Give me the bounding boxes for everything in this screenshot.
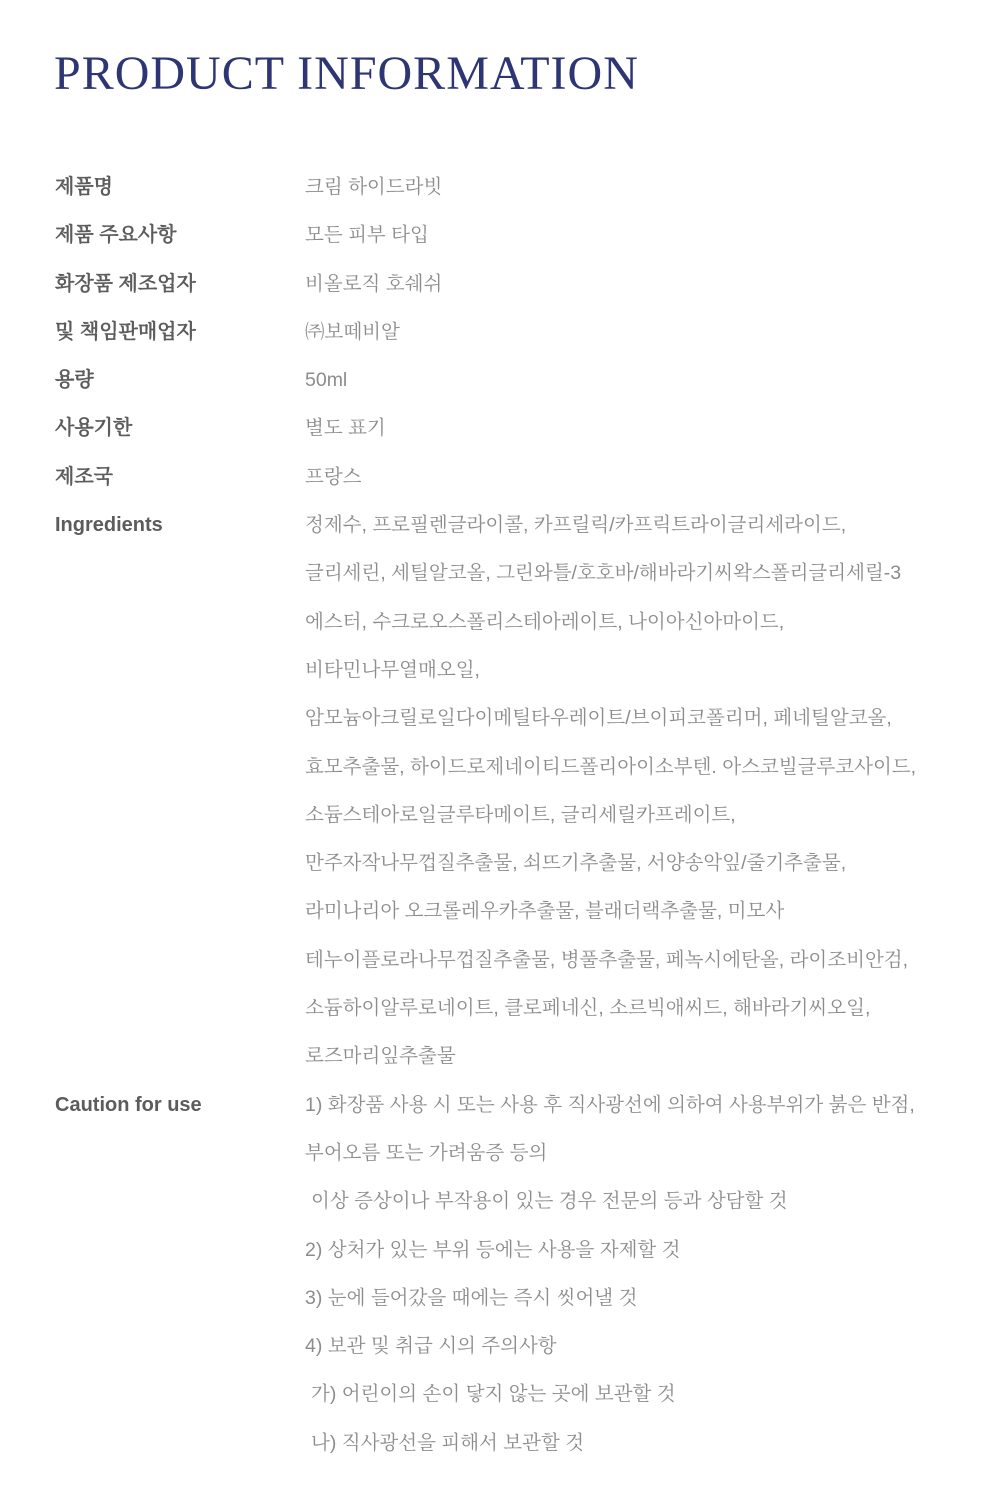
field-label: 제품 주요사항 <box>55 211 305 259</box>
caution-line: 나) 직사광선을 피해서 보관할 것 <box>305 1419 970 1467</box>
field-value: 크림 하이드라빗 <box>305 163 442 211</box>
field-label: 및 책임판매업자 <box>55 308 305 356</box>
field-label: 사용기한 <box>55 404 305 452</box>
caution-section: Caution for use 1) 화장품 사용 시 또는 사용 후 직사광선… <box>55 1081 970 1467</box>
ingredients-line: 소듐하이알루로네이트, 클로페네신, 소르빅애씨드, 해바라기씨오일, <box>305 984 970 1032</box>
info-row-volume: 용량 50ml <box>55 356 970 404</box>
field-label: 용량 <box>55 356 305 404</box>
field-value: 별도 표기 <box>305 404 386 452</box>
ingredients-label: Ingredients <box>55 501 305 549</box>
info-row-product-type: 제품 주요사항 모든 피부 타입 <box>55 211 970 259</box>
page-title: PRODUCT INFORMATION <box>54 48 639 100</box>
caution-line: 3) 눈에 들어갔을 때에는 즉시 씻어낼 것 <box>305 1274 970 1322</box>
caution-line: 4) 보관 및 취급 시의 주의사항 <box>305 1322 970 1370</box>
field-label: 제조국 <box>55 453 305 501</box>
ingredients-line: 효모추출물, 하이드로제네이티드폴리아이소부텐. 아스코빌글루코사이드, <box>305 743 970 791</box>
caution-line: 이상 증상이나 부작용이 있는 경우 전문의 등과 상담할 것 <box>305 1177 970 1225</box>
info-row-product-name: 제품명 크림 하이드라빗 <box>55 163 970 211</box>
info-table: 제품명 크림 하이드라빗 제품 주요사항 모든 피부 타입 화장품 제조업자 비… <box>55 163 970 1467</box>
caution-line: 2) 상처가 있는 부위 등에는 사용을 자제할 것 <box>305 1226 970 1274</box>
info-row-expiry: 사용기한 별도 표기 <box>55 404 970 452</box>
field-value: 50ml <box>305 356 347 404</box>
ingredients-line: 로즈마리잎추출물 <box>305 1032 970 1080</box>
ingredients-line: 라미나리아 오크롤레우카추출물, 블래더랙추출물, 미모사 <box>305 887 970 935</box>
info-row-manufacturer: 화장품 제조업자 비올로직 호쉐쉬 <box>55 260 970 308</box>
field-label: 제품명 <box>55 163 305 211</box>
caution-label: Caution for use <box>55 1081 305 1129</box>
field-value: 프랑스 <box>305 453 362 501</box>
caution-text: 1) 화장품 사용 시 또는 사용 후 직사광선에 의하여 사용부위가 붉은 반… <box>305 1081 970 1467</box>
product-information-page: PRODUCT INFORMATION 제품명 크림 하이드라빗 제품 주요사항… <box>0 0 1000 1500</box>
field-value: 모든 피부 타입 <box>305 211 429 259</box>
ingredients-line: 만주자작나무껍질추출물, 쇠뜨기추출물, 서양송악잎/줄기추출물, <box>305 839 970 887</box>
field-value: ㈜보떼비알 <box>305 308 400 356</box>
ingredients-section: Ingredients 정제수, 프로필렌글라이콜, 카프릴릭/카프릭트라이글리… <box>55 501 970 1081</box>
field-label: 화장품 제조업자 <box>55 260 305 308</box>
info-row-country: 제조국 프랑스 <box>55 453 970 501</box>
ingredients-line: 글리세린, 세틸알코올, 그린와틀/호호바/해바라기씨왁스폴리글리세릴-3 <box>305 549 970 597</box>
ingredients-line: 테누이플로라나무껍질추출물, 병풀추출물, 페녹시에탄올, 라이조비안검, <box>305 936 970 984</box>
caution-line: 가) 어린이의 손이 닿지 않는 곳에 보관할 것 <box>305 1370 970 1418</box>
field-value: 비올로직 호쉐쉬 <box>305 260 442 308</box>
ingredients-text: 정제수, 프로필렌글라이콜, 카프릴릭/카프릭트라이글리세라이드, 글리세린, … <box>305 501 970 1081</box>
info-row-distributor: 및 책임판매업자 ㈜보떼비알 <box>55 308 970 356</box>
caution-line: 1) 화장품 사용 시 또는 사용 후 직사광선에 의하여 사용부위가 붉은 반… <box>305 1081 970 1129</box>
ingredients-line: 에스터, 수크로오스폴리스테아레이트, 나이아신아마이드, <box>305 598 970 646</box>
ingredients-line: 암모늄아크릴로일다이메틸타우레이트/브이피코폴리머, 페네틸알코올, <box>305 694 970 742</box>
ingredients-line: 비타민나무열매오일, <box>305 646 970 694</box>
ingredients-line: 소듐스테아로일글루타메이트, 글리세릴카프레이트, <box>305 791 970 839</box>
ingredients-line: 정제수, 프로필렌글라이콜, 카프릴릭/카프릭트라이글리세라이드, <box>305 501 970 549</box>
caution-line: 부어오름 또는 가려움증 등의 <box>305 1129 970 1177</box>
